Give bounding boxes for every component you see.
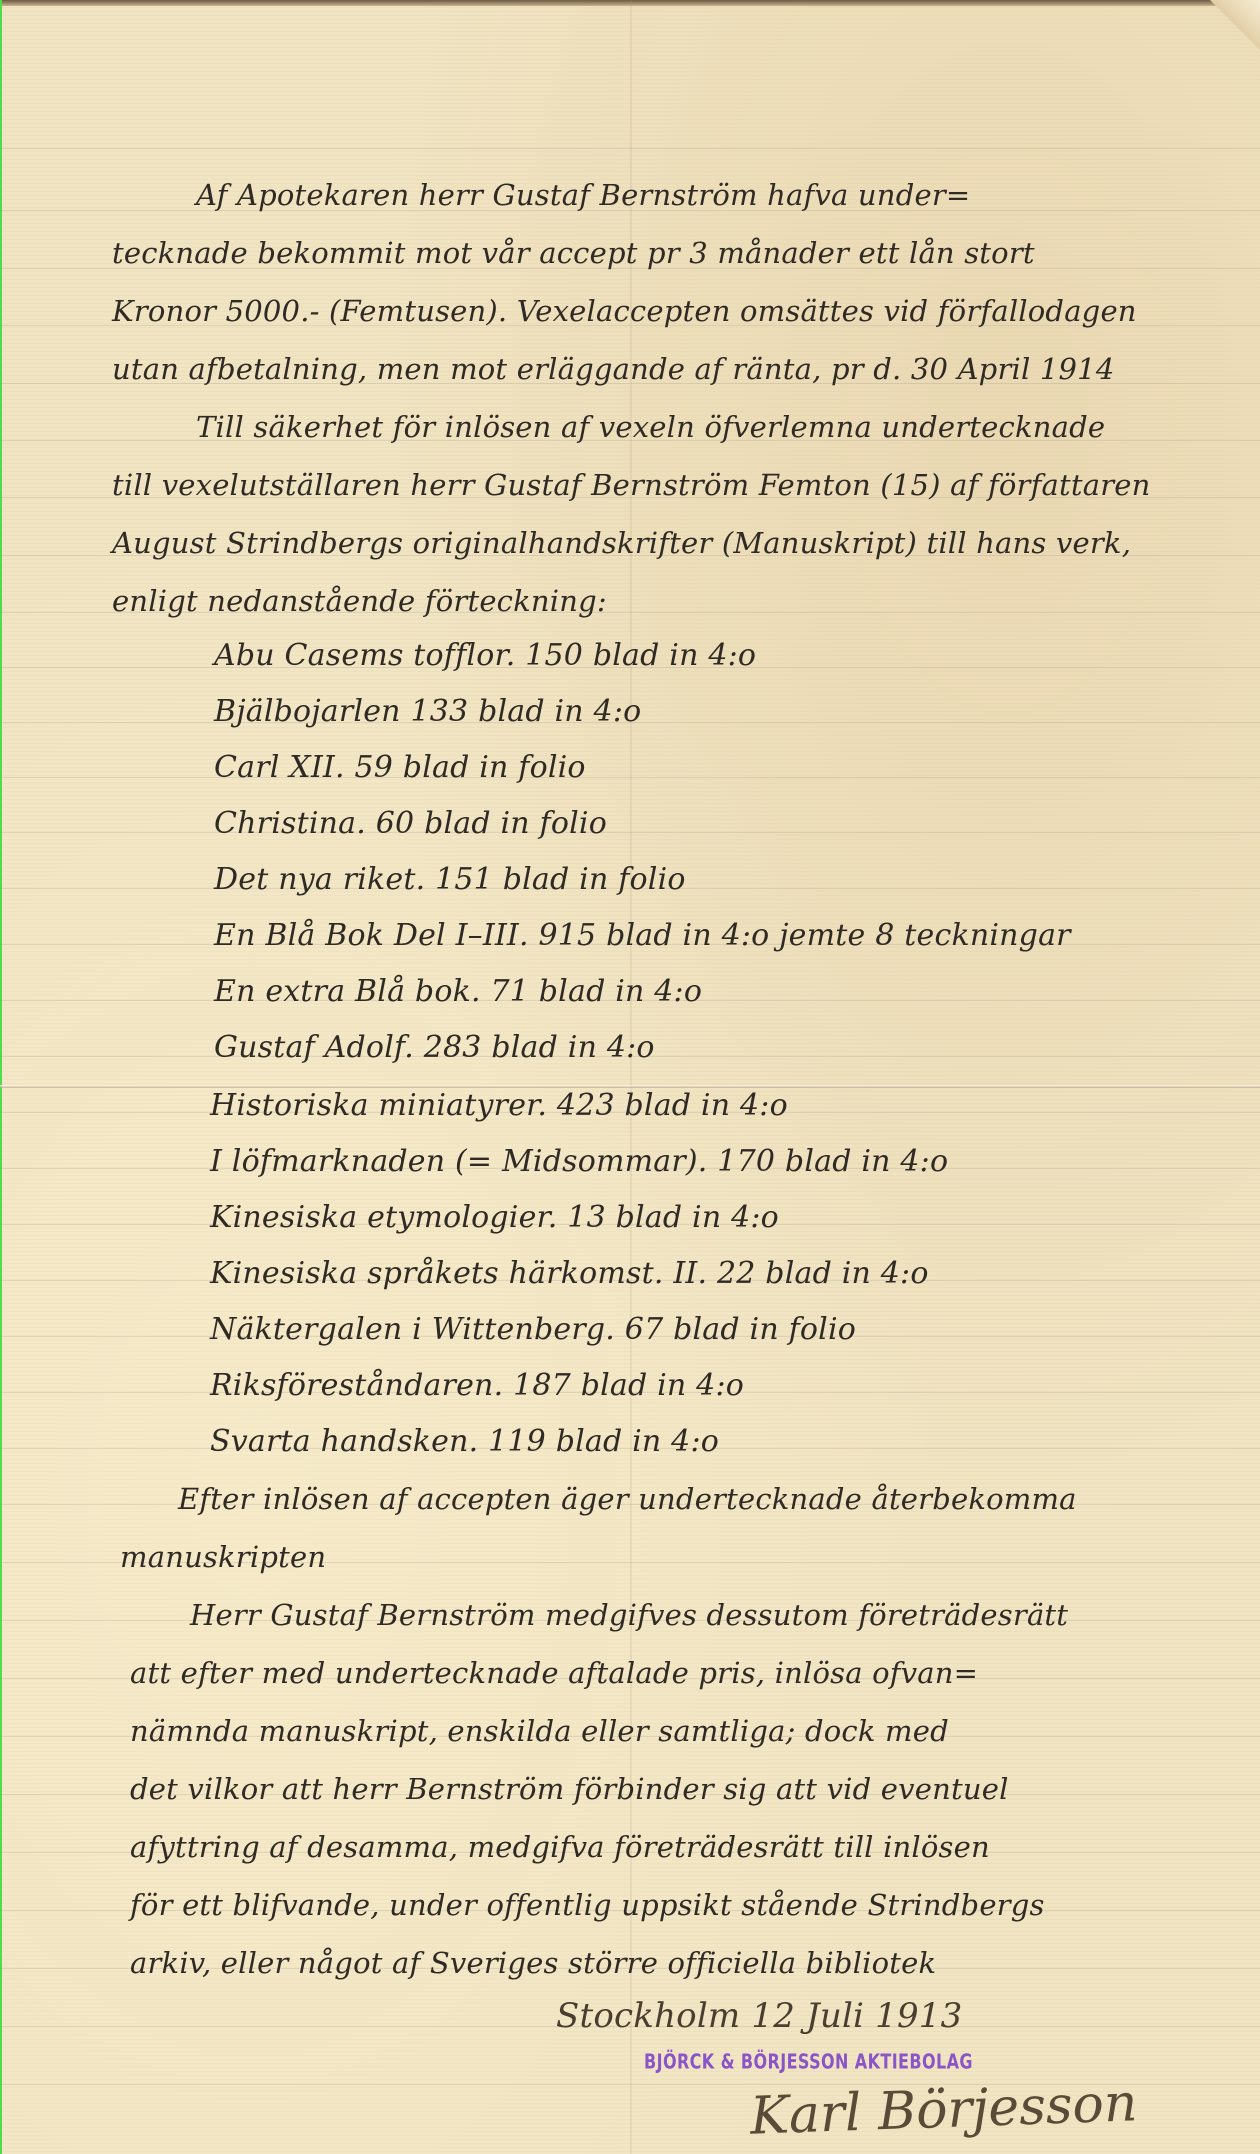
- manuscript-leaves: 13: [567, 1200, 606, 1235]
- manuscript-title: Bjälbojarlen: [214, 694, 401, 729]
- manuscript-format: blad in folio: [403, 750, 586, 785]
- paragraph-3-line-1: Efter inlösen af accepten äger underteck…: [178, 1482, 1077, 1516]
- letter-page: Af Apotekaren herr Gustaf Bernström hafv…: [0, 0, 1260, 2154]
- manuscript-leaves: 119: [488, 1424, 546, 1459]
- ruled-line: [0, 832, 1260, 833]
- manuscript-title: Kinesiska språkets härkomst. II.: [210, 1256, 707, 1291]
- manuscript-format: blad in 4:o: [593, 638, 756, 673]
- manuscript-title: Gustaf Adolf.: [214, 1030, 414, 1065]
- manuscript-format: blad in 4:o: [491, 1030, 654, 1065]
- paragraph-4-line-1: Herr Gustaf Bernström medgifves dessutom…: [190, 1598, 1068, 1632]
- ruled-line: [0, 148, 1260, 149]
- manuscript-leaves: 187: [513, 1368, 571, 1403]
- manuscript-format: blad in folio: [424, 806, 607, 841]
- manuscript-title: Riksföreståndaren.: [210, 1368, 503, 1403]
- manuscript-leaves: 423: [557, 1088, 615, 1123]
- paragraph-4-line-6: för ett blifvande, under offentlig uppsi…: [130, 1888, 1045, 1922]
- paragraph-4-line-3: nämnda manuskript, enskilda eller samtli…: [130, 1714, 949, 1748]
- ruled-line: [0, 777, 1260, 778]
- manuscript-title: En extra Blå bok.: [214, 974, 481, 1009]
- manuscript-format: blad in 4:o: [765, 1256, 928, 1291]
- manuscript-item: Gustaf Adolf. 283 blad in 4:o: [214, 1030, 655, 1065]
- manuscript-format: blad in 4:o: [539, 974, 702, 1009]
- manuscript-format: blad in 4:o: [616, 1200, 779, 1235]
- manuscript-item: Carl XII. 59 blad in folio: [214, 750, 586, 785]
- manuscript-item: Historiska miniatyrer. 423 blad in 4:o: [210, 1088, 788, 1123]
- paragraph-4-line-7: arkiv, eller något af Sveriges större of…: [130, 1946, 936, 1980]
- manuscript-item: Riksföreståndaren. 187 blad in 4:o: [210, 1368, 744, 1403]
- manuscript-title: Svarta handsken.: [210, 1424, 478, 1459]
- paragraph-2-line-1: Till säkerhet för inlösen af vexeln öfve…: [196, 410, 1105, 444]
- paragraph-1-line-2: tecknade bekommit mot vår accept pr 3 må…: [112, 236, 1035, 270]
- manuscript-title: En Blå Bok Del I–III.: [214, 918, 529, 953]
- place-and-date: Stockholm 12 Juli 1913: [556, 1996, 962, 2036]
- manuscript-format: blad in folio: [673, 1312, 856, 1347]
- manuscript-item: En Blå Bok Del I–III. 915 blad in 4:o je…: [214, 918, 1071, 953]
- manuscript-item: Kinesiska språkets härkomst. II. 22 blad…: [210, 1256, 929, 1291]
- manuscript-leaves: 71: [490, 974, 529, 1009]
- manuscript-title: Carl XII.: [214, 750, 345, 785]
- manuscript-leaves: 22: [717, 1256, 756, 1291]
- paragraph-1-line-3: Kronor 5000.- (Femtusen). Vexelaccepten …: [112, 294, 1137, 328]
- paragraph-4-line-4: det vilkor att herr Bernström förbinder …: [130, 1772, 1009, 1806]
- manuscript-format: blad in 4:o: [625, 1088, 788, 1123]
- manuscript-item: Abu Casems tofflor. 150 blad in 4:o: [214, 638, 756, 673]
- manuscript-title: Abu Casems tofflor.: [214, 638, 515, 673]
- manuscript-item: Det nya riket. 151 blad in folio: [214, 862, 686, 897]
- paragraph-2-line-4: enligt nedanstående förteckning:: [112, 584, 607, 618]
- manuscript-title: I löfmarknaden (= Midsommar).: [210, 1144, 708, 1179]
- paragraph-1-line-1: Af Apotekaren herr Gustaf Bernström hafv…: [196, 178, 970, 212]
- paragraph-1-line-4: utan afbetalning, men mot erläggande af …: [112, 352, 1115, 386]
- manuscript-leaves: 170: [717, 1144, 775, 1179]
- manuscript-format: blad in 4:o jemte 8 teckningar: [606, 918, 1071, 953]
- manuscript-item: I löfmarknaden (= Midsommar). 170 blad i…: [210, 1144, 948, 1179]
- manuscript-format: blad in 4:o: [556, 1424, 719, 1459]
- left-border-line: [0, 0, 2, 2154]
- manuscript-format: blad in 4:o: [581, 1368, 744, 1403]
- manuscript-item: Christina. 60 blad in folio: [214, 806, 607, 841]
- manuscript-item: Bjälbojarlen 133 blad in 4:o: [214, 694, 641, 729]
- manuscript-leaves: 283: [424, 1030, 482, 1065]
- manuscript-leaves: 915: [538, 918, 596, 953]
- paragraph-4-line-2: att efter med undertecknade aftalade pri…: [130, 1656, 978, 1690]
- manuscript-leaves: 150: [525, 638, 583, 673]
- manuscript-format: blad in folio: [503, 862, 686, 897]
- manuscript-leaves: 59: [354, 750, 393, 785]
- torn-corner: [1200, 0, 1260, 50]
- manuscript-format: blad in 4:o: [478, 694, 641, 729]
- manuscript-leaves: 67: [625, 1312, 664, 1347]
- manuscript-item: Svarta handsken. 119 blad in 4:o: [210, 1424, 719, 1459]
- manuscript-leaves: 133: [410, 694, 468, 729]
- signature: Karl Börjesson: [749, 2073, 1138, 2146]
- manuscript-leaves: 60: [376, 806, 415, 841]
- manuscript-item: Näktergalen i Wittenberg. 67 blad in fol…: [210, 1312, 856, 1347]
- paragraph-3-line-2: manuskripten: [120, 1540, 326, 1574]
- manuscript-title: Historiska miniatyrer.: [210, 1088, 547, 1123]
- manuscript-format: blad in 4:o: [785, 1144, 948, 1179]
- manuscript-title: Det nya riket.: [214, 862, 425, 897]
- company-stamp: BJÖRCK & BÖRJESSON AKTIEBOLAG: [644, 2050, 973, 2074]
- manuscript-item: En extra Blå bok. 71 blad in 4:o: [214, 974, 702, 1009]
- paragraph-2-line-3: August Strindbergs originalhandskrifter …: [112, 526, 1131, 560]
- paragraph-4-line-5: afyttring af desamma, medgifva företräde…: [130, 1830, 990, 1864]
- manuscript-title: Kinesiska etymologier.: [210, 1200, 558, 1235]
- manuscript-title: Christina.: [214, 806, 366, 841]
- manuscript-leaves: 151: [435, 862, 493, 897]
- manuscript-item: Kinesiska etymologier. 13 blad in 4:o: [210, 1200, 779, 1235]
- paragraph-2-line-2: till vexelutställaren herr Gustaf Bernst…: [112, 468, 1151, 502]
- manuscript-title: Näktergalen i Wittenberg.: [210, 1312, 615, 1347]
